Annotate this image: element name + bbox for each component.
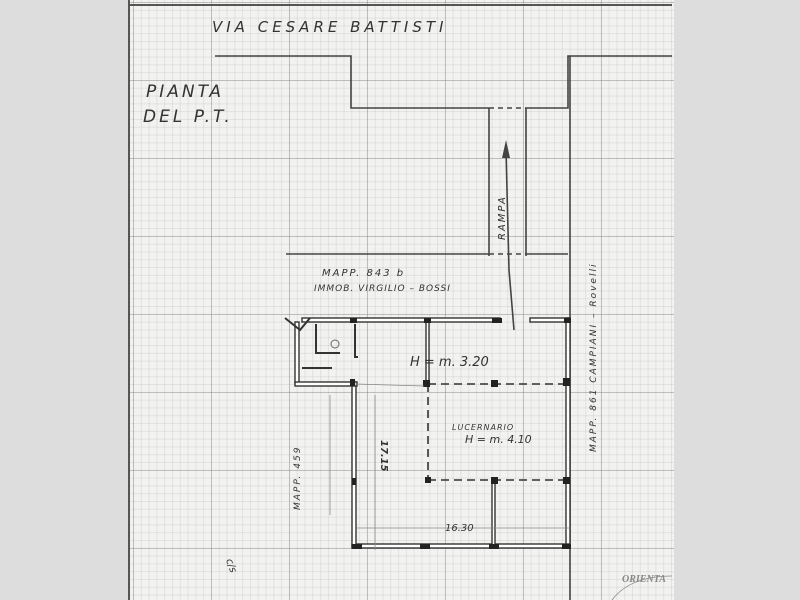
neighbor-building-outline-left <box>215 56 489 108</box>
pillar <box>491 477 498 484</box>
south-partition <box>492 478 495 546</box>
skylight-label: LUCERNARIO <box>452 423 514 432</box>
pillar <box>352 544 362 549</box>
west-wall <box>352 382 356 548</box>
orientation-label: ORIENTA <box>622 574 666 585</box>
storage-west-wall <box>295 322 299 384</box>
pillar <box>423 380 430 387</box>
pillar <box>563 477 570 484</box>
interior-partition <box>426 322 429 384</box>
pillar <box>424 318 431 323</box>
pillar <box>350 318 357 323</box>
vertical-dimension-label: 17.15 <box>378 440 389 472</box>
pillar <box>420 544 430 549</box>
street-name-label: VIA CESARE BATTISTI <box>212 18 447 36</box>
neighbor-building-outline-right <box>526 56 672 256</box>
plan-title-line1: PIANTA <box>146 82 224 102</box>
pillar <box>491 380 498 387</box>
parcel-east-label: MAPP. 861 CAMPIANI – Rovelli <box>589 263 599 452</box>
pillar <box>562 544 571 549</box>
parcel-north-label-1: MAPP. 843 b <box>322 268 405 279</box>
pillar <box>425 477 431 483</box>
east-wall <box>566 318 570 548</box>
pillar <box>563 378 570 386</box>
parcel-north-label-2: IMMOB. VIRGILIO – BOSSI <box>314 284 451 294</box>
storage-fixture-icon <box>331 340 339 348</box>
margin-note: c/s <box>223 557 238 574</box>
horizontal-dimension-label: 16.30 <box>445 523 474 534</box>
ramp-label: RAMPA <box>497 195 508 240</box>
pillar <box>492 318 502 323</box>
pillar <box>489 544 499 549</box>
ramp-arrow-head-icon <box>502 140 510 158</box>
front-height-label: H = m. 3.20 <box>410 355 489 370</box>
storage-south-wall <box>295 382 357 386</box>
pillar <box>564 318 571 323</box>
plan-title-line2: DEL P.T. <box>143 107 233 127</box>
parcel-west-label: MAPP. 459 <box>293 446 303 510</box>
storage-inner-wall <box>316 324 340 353</box>
storage-threshold-line <box>355 384 424 386</box>
floor-plan-drawing: VIA CESARE BATTISTI PIANTA DEL P.T. RAMP… <box>0 0 800 600</box>
north-wall-west <box>302 318 500 322</box>
storage-door-jamb <box>355 324 358 357</box>
pillar <box>352 478 356 485</box>
pillar <box>350 379 355 386</box>
south-wall <box>352 544 570 548</box>
skylight-height-label: H = m. 4.10 <box>465 433 532 446</box>
